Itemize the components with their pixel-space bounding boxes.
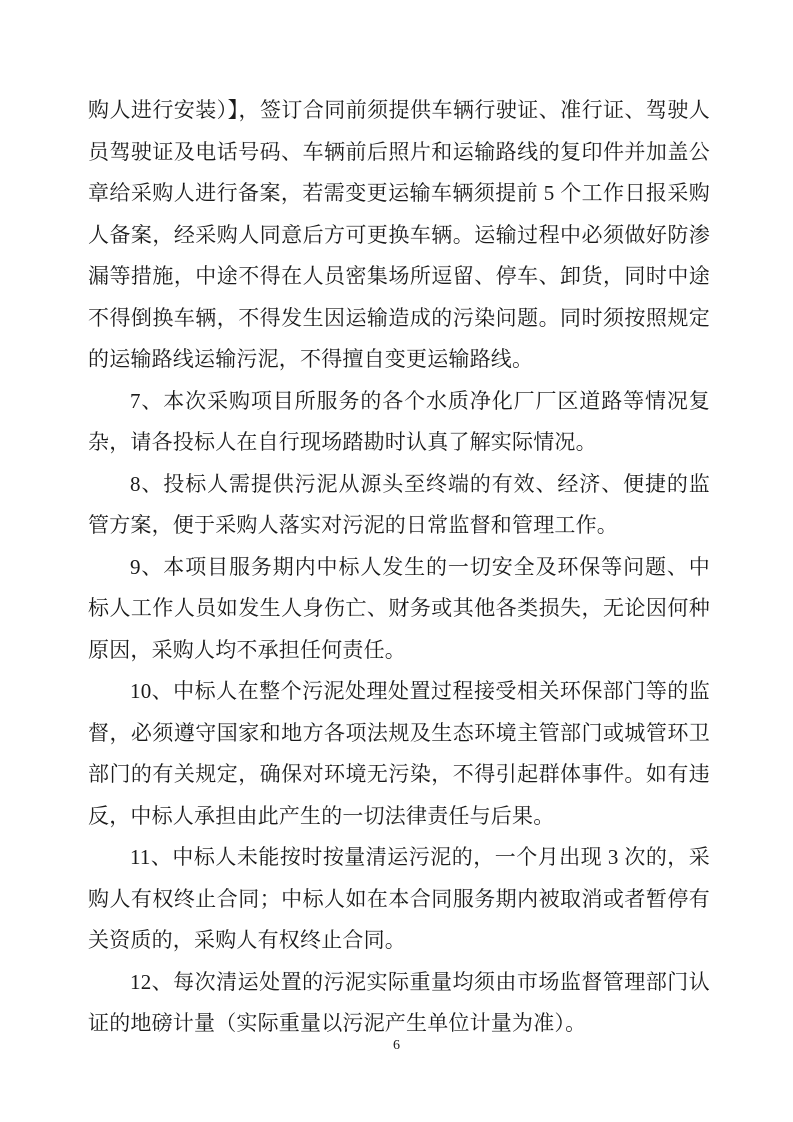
paragraph-item-7: 7、本次采购项目所服务的各个水质净化厂厂区道路等情况复杂，请各投标人在自行现场踏…: [88, 381, 710, 464]
page-number: 6: [393, 1038, 400, 1053]
paragraph-item-12: 12、每次清运处置的污泥实际重量均须由市场监督管理部门认证的地磅计量（实际重量以…: [88, 962, 710, 1045]
paragraph-item-9: 9、本项目服务期内中标人发生的一切安全及环保等问题、中标人工作人员如发生人身伤亡…: [88, 547, 710, 672]
document-body: 购人进行安装）】，签订合同前须提供车辆行驶证、准行证、驾驶人员驾驶证及电话号码、…: [88, 90, 710, 1045]
page-footer: 6: [0, 1036, 793, 1056]
document-page: 购人进行安装）】，签订合同前须提供车辆行驶证、准行证、驾驶人员驾驶证及电话号码、…: [0, 0, 793, 1122]
paragraph-item-8: 8、投标人需提供污泥从源头至终端的有效、经济、便捷的监管方案，便于采购人落实对污…: [88, 464, 710, 547]
paragraph-item-11: 11、中标人未能按时按量清运污泥的，一个月出现 3 次的，采购人有权终止合同；中…: [88, 837, 710, 962]
paragraph-continuation: 购人进行安装）】，签订合同前须提供车辆行驶证、准行证、驾驶人员驾驶证及电话号码、…: [88, 90, 710, 381]
paragraph-item-10: 10、中标人在整个污泥处理处置过程接受相关环保部门等的监督，必须遵守国家和地方各…: [88, 671, 710, 837]
